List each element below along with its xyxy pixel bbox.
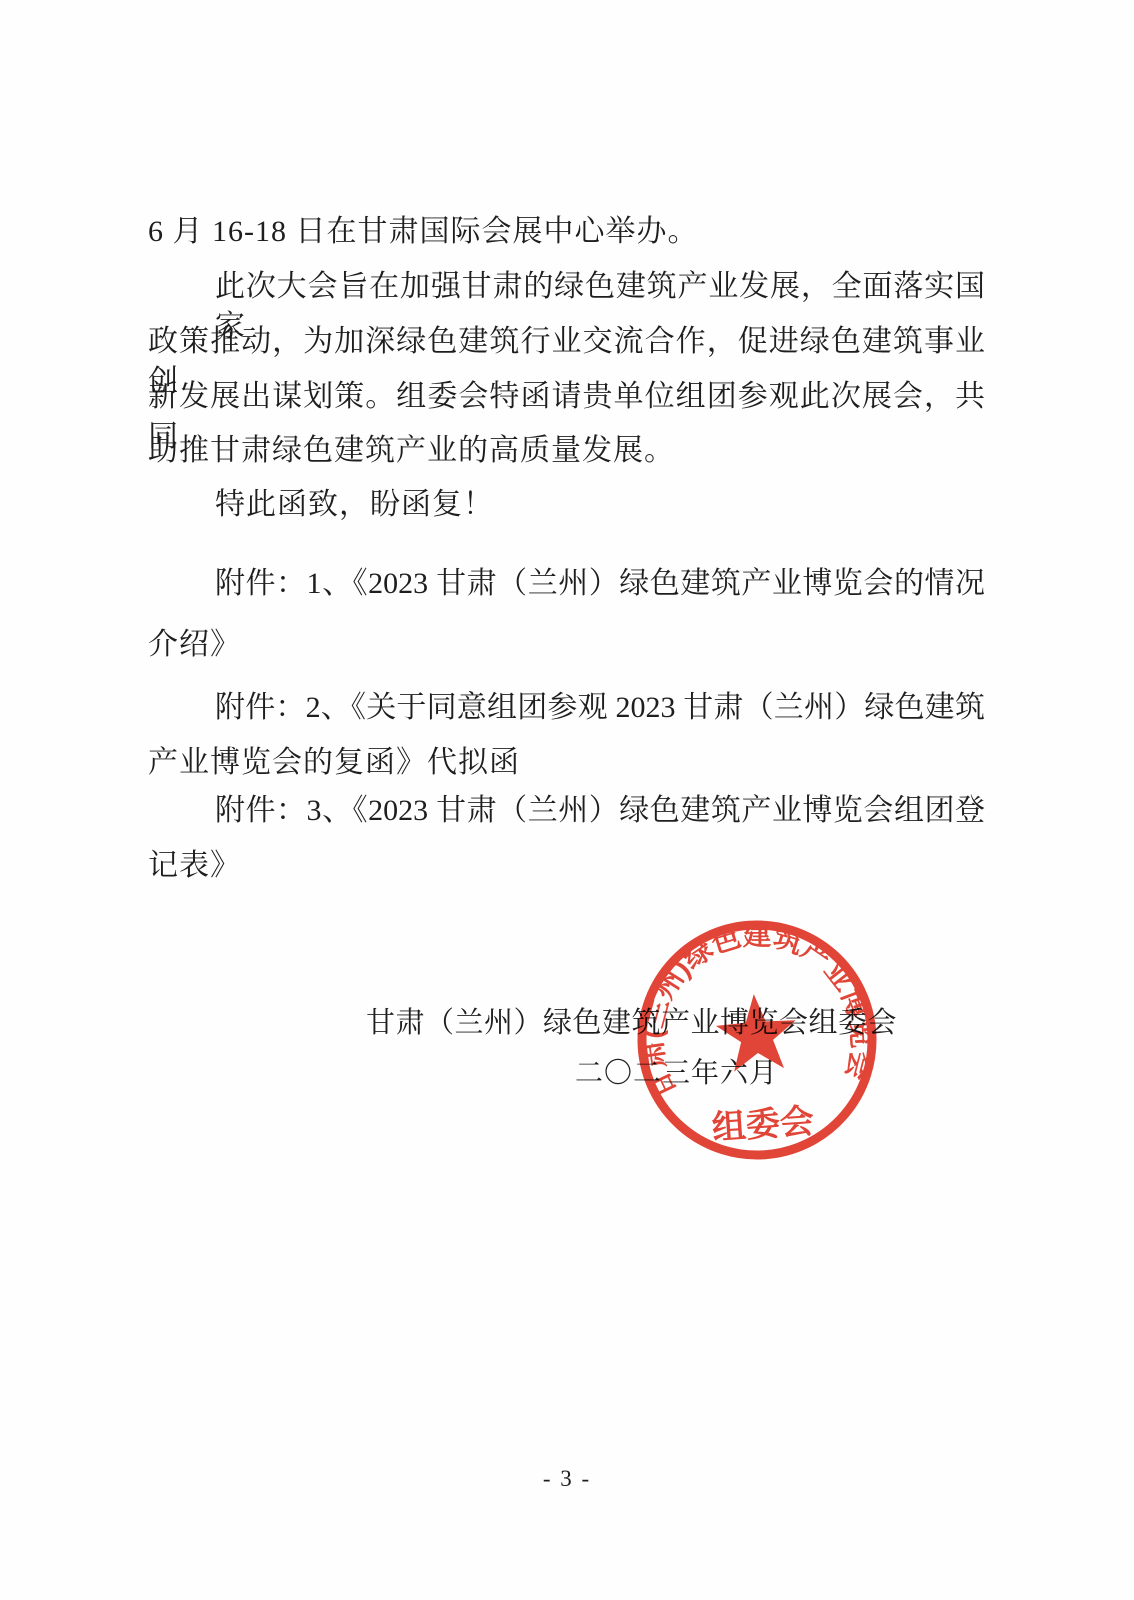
paragraph-line: 助推甘肃绿色建筑产业的高质量发展。: [148, 431, 675, 471]
attachment-1-line: 附件：1、《2023 甘肃（兰州）绿色建筑产业博览会的情况: [215, 564, 985, 604]
attachment-2-line: 附件：2、《关于同意组团参观 2023 甘肃（兰州）绿色建筑: [215, 688, 985, 728]
official-seal-stamp: 甘肃(兰州)绿色建筑产业博览会 组委会: [623, 906, 892, 1175]
paragraph-line: 6 月 16-18 日在甘肃国际会展中心举办。: [148, 212, 699, 252]
document-page: 6 月 16-18 日在甘肃国际会展中心举办。 此次大会旨在加强甘肃的绿色建筑产…: [0, 0, 1134, 1600]
page-number: - 3 -: [0, 1466, 1134, 1492]
attachment-3-continuation: 记表》: [148, 846, 241, 886]
seal-center-label: 组委会: [711, 1102, 815, 1147]
attachment-3-line: 附件：3、《2023 甘肃（兰州）绿色建筑产业博览会组团登: [215, 791, 985, 831]
attachment-1-continuation: 介绍》: [148, 625, 241, 665]
attachment-2-continuation: 产业博览会的复函》代拟函: [148, 743, 520, 783]
star-icon: [714, 991, 799, 1072]
closing-line: 特此函致，盼函复！: [215, 485, 494, 525]
